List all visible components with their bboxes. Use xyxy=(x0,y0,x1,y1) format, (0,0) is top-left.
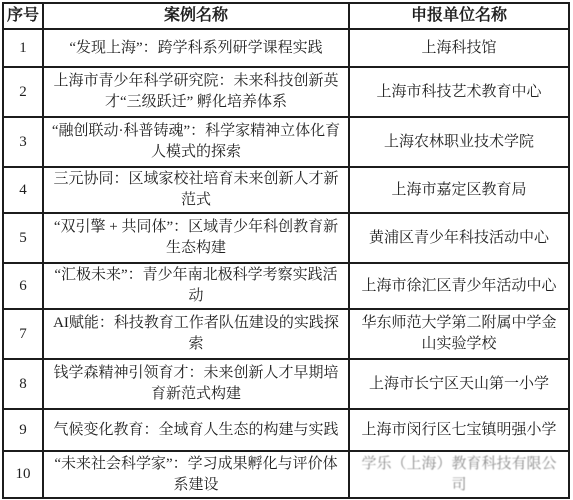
case-name-cell: AI赋能：科技教育工作者队伍建设的实践探索 xyxy=(43,309,349,359)
unit-name-cell: 上海科技馆 xyxy=(349,29,569,67)
case-name-cell: 钱学森精神引领育才：未来创新人才早期培育新范式构建 xyxy=(43,359,349,409)
table-row: 8 钱学森精神引领育才：未来创新人才早期培育新范式构建 上海市长宁区天山第一小学 xyxy=(3,359,569,409)
unit-name-cell: 上海市科技艺术教育中心 xyxy=(349,67,569,117)
table-row: 7 AI赋能：科技教育工作者队伍建设的实践探索 华东师范大学第二附属中学金山实验… xyxy=(3,309,569,359)
case-name-cell: “汇极未来”：青少年南北极科学考察实践活动 xyxy=(43,263,349,309)
case-name-cell: “发现上海”：跨学科系列研学课程实践 xyxy=(43,29,349,67)
row-number-cell: 7 xyxy=(3,309,43,359)
header-row: 序号 案例名称 申报单位名称 xyxy=(3,3,569,29)
table-row: 6 “汇极未来”：青少年南北极科学考察实践活动 上海市徐汇区青少年活动中心 xyxy=(3,263,569,309)
table-row: 4 三元协同：区域家校社培育未来创新人才新范式 上海市嘉定区教育局 xyxy=(3,167,569,213)
row-number-cell: 1 xyxy=(3,29,43,67)
table-row: 1 “发现上海”：跨学科系列研学课程实践 上海科技馆 xyxy=(3,29,569,67)
case-list-table: 序号 案例名称 申报单位名称 1 “发现上海”：跨学科系列研学课程实践 上海科技… xyxy=(2,2,570,499)
header-case-name: 案例名称 xyxy=(43,3,349,29)
unit-name-cell: 黄浦区青少年科技活动中心 xyxy=(349,213,569,263)
table-row: 5 “双引擎 + 共同体”：区域青少年科创教育新生态构建 黄浦区青少年科技活动中… xyxy=(3,213,569,263)
unit-name-cell: 上海市长宁区天山第一小学 xyxy=(349,359,569,409)
row-number-cell: 4 xyxy=(3,167,43,213)
case-name-cell: 三元协同：区域家校社培育未来创新人才新范式 xyxy=(43,167,349,213)
case-name-cell: “未来社会科学家”：学习成果孵化与评价体系建设 xyxy=(43,451,349,498)
row-number-cell: 6 xyxy=(3,263,43,309)
table-row: 10 “未来社会科学家”：学习成果孵化与评价体系建设 学乐（上海）教育科技有限公… xyxy=(3,451,569,498)
row-number-cell: 9 xyxy=(3,409,43,451)
unit-name-cell: 上海农林职业技术学院 xyxy=(349,117,569,167)
unit-name-cell: 上海市嘉定区教育局 xyxy=(349,167,569,213)
row-number-cell: 3 xyxy=(3,117,43,167)
case-name-cell: “融创联动·科普铸魂”：科学家精神立体化育人模式的探索 xyxy=(43,117,349,167)
unit-name-cell: 上海市徐汇区青少年活动中心 xyxy=(349,263,569,309)
unit-name-cell: 上海市闵行区七宝镇明强小学 xyxy=(349,409,569,451)
row-number-cell: 2 xyxy=(3,67,43,117)
case-name-cell: 上海市青少年科学研究院：未来科技创新英才“三级跃迁” 孵化培养体系 xyxy=(43,67,349,117)
row-number-cell: 5 xyxy=(3,213,43,263)
table-row: 2 上海市青少年科学研究院：未来科技创新英才“三级跃迁” 孵化培养体系 上海市科… xyxy=(3,67,569,117)
row-number-cell: 8 xyxy=(3,359,43,409)
unit-name-cell: 华东师范大学第二附属中学金山实验学校 xyxy=(349,309,569,359)
case-name-cell: “双引擎 + 共同体”：区域青少年科创教育新生态构建 xyxy=(43,213,349,263)
table-row: 9 气候变化教育：全域育人生态的构建与实践 上海市闵行区七宝镇明强小学 xyxy=(3,409,569,451)
table-row: 3 “融创联动·科普铸魂”：科学家精神立体化育人模式的探索 上海农林职业技术学院 xyxy=(3,117,569,167)
unit-name-cell-watermarked: 学乐（上海）教育科技有限公司 xyxy=(349,451,569,498)
header-unit-name: 申报单位名称 xyxy=(349,3,569,29)
case-name-cell: 气候变化教育：全域育人生态的构建与实践 xyxy=(43,409,349,451)
row-number-cell: 10 xyxy=(3,451,43,498)
header-row-number: 序号 xyxy=(3,3,43,29)
